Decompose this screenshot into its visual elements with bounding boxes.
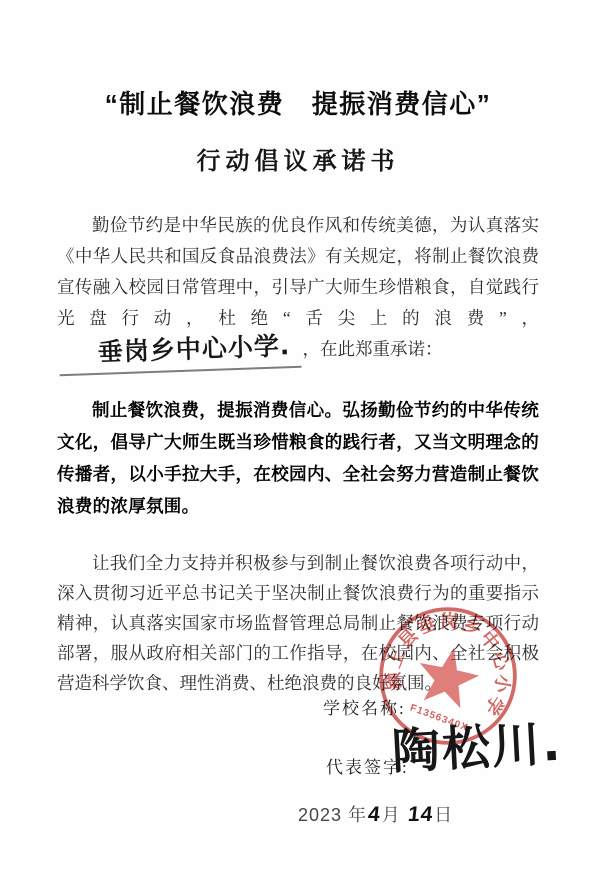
representative-signature-handwriting: 陶松川. (391, 716, 564, 782)
document-title: “制止餐饮浪费 提振消费信心” (57, 0, 539, 121)
pledge-document: “制止餐饮浪费 提振消费信心” 行动倡议承诺书 勤俭节约是中华民族的优良作风和传… (0, 0, 591, 886)
date-year: 2023 年 (298, 805, 367, 825)
paragraph-action: 让我们全力支持并积极参与到制止餐饮浪费各项行动中，深入贯彻习近平总书记关于坚决制… (57, 548, 539, 698)
date-month-label: 月 (382, 805, 401, 825)
school-name-handwriting: 垂岗乡中心小学. (97, 331, 290, 367)
paragraph-pledge: 制止餐饮浪费，提振消费信心。弘扬勤俭节约的中华传统文化，倡导广大师生既当珍惜粮食… (57, 394, 539, 522)
document-subtitle: 行动倡议承诺书 (57, 141, 539, 176)
date-day-label: 日 (434, 805, 453, 825)
school-name-label: 学校名称: (323, 694, 406, 719)
date-line: 2023 年4月14日 (298, 801, 453, 827)
date-month-handwriting: 4 (367, 803, 382, 827)
school-name-blank: 垂岗乡中心小学. (58, 333, 301, 376)
paragraph-intro: 勤俭节约是中华民族的优良作风和传统美德，为认真落实《中华人民共和国反食品浪费法》… (57, 210, 539, 372)
document-content: “制止餐饮浪费 提振消费信心” 行动倡议承诺书 勤俭节约是中华民族的优良作风和传… (57, 0, 539, 698)
date-day-handwriting: 14 (406, 803, 434, 827)
intro-text-after-blank: ，在此郑重承诺： (303, 339, 443, 359)
intro-text-before-blank: 勤俭节约是中华民族的优良作风和传统美德，为认真落实《中华人民共和国反食品浪费法》… (57, 215, 539, 328)
